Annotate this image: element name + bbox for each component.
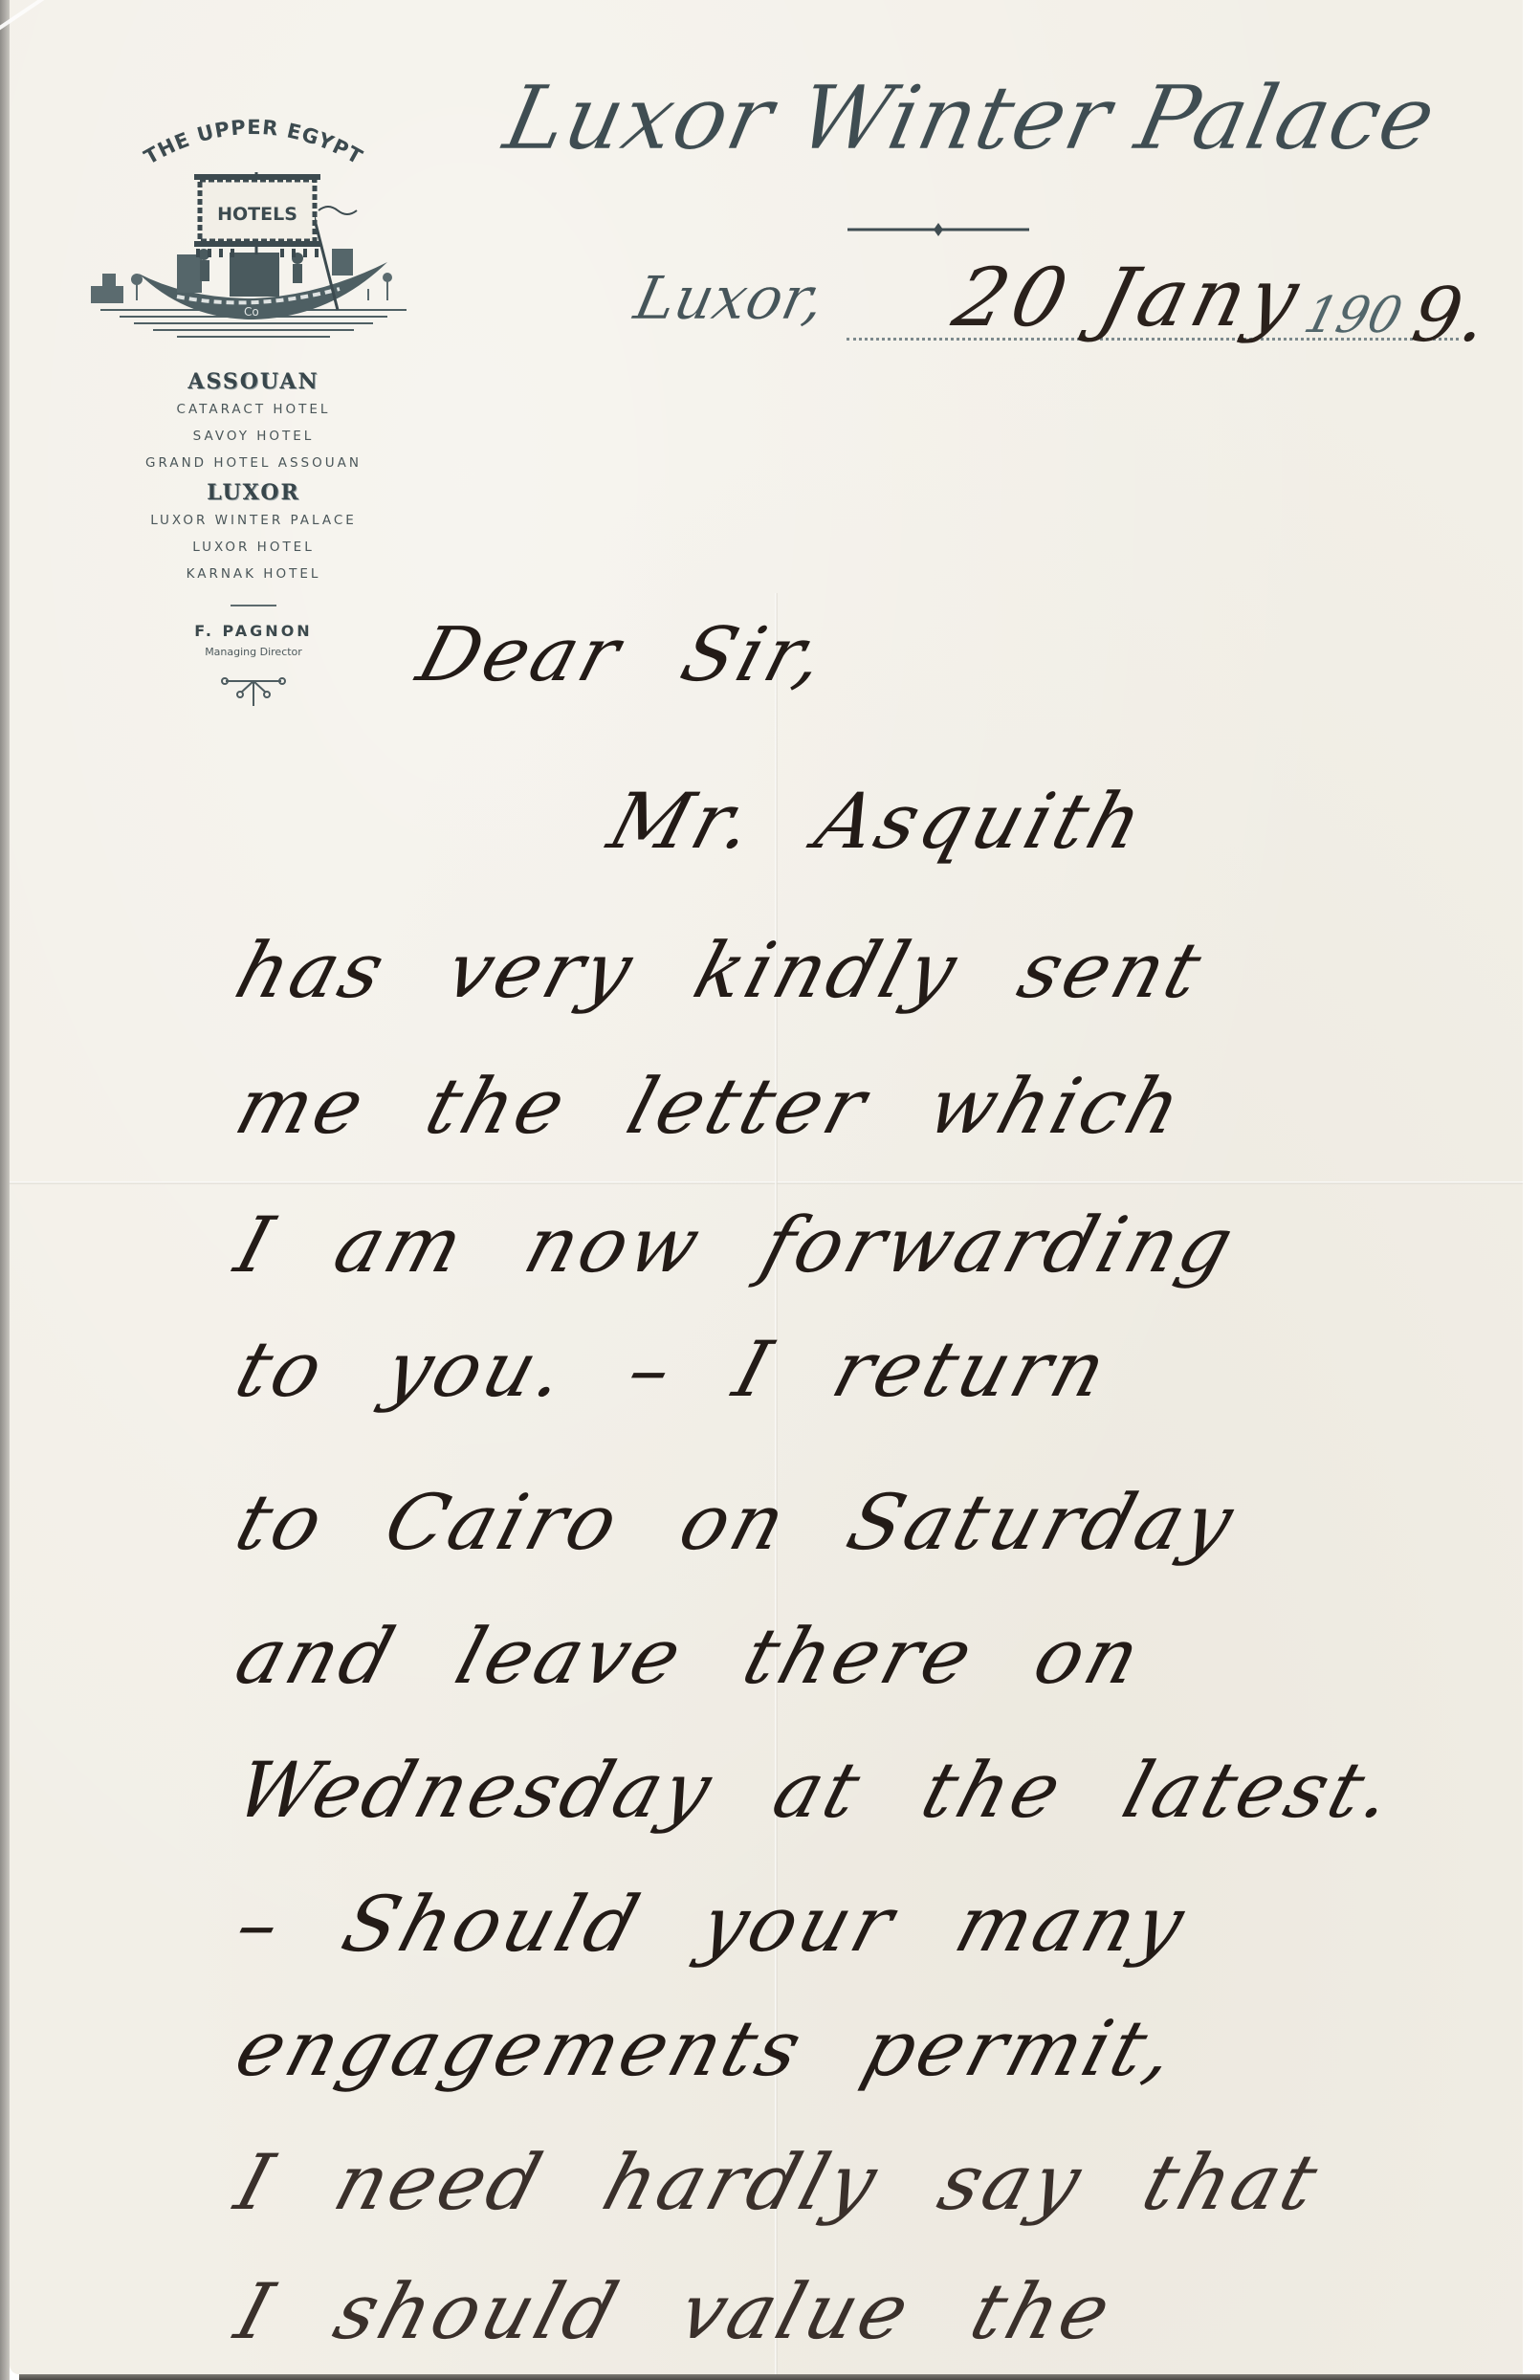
letter-line: to Cairo on Saturday xyxy=(227,1478,1246,1567)
year-printed: 190 xyxy=(1299,287,1408,344)
scan-left-edge xyxy=(0,0,10,2380)
letter-line: has very kindly sent xyxy=(227,926,1215,1015)
hotel-luxor-winter-palace: LUXOR WINTER PALACE xyxy=(77,513,430,528)
logo-sail-text: HOTELS xyxy=(217,204,297,225)
hotel-luxor: LUXOR HOTEL xyxy=(77,540,430,555)
letter-line: I am now forwarding xyxy=(227,1201,1246,1289)
place-label: Luxor, xyxy=(628,263,830,333)
hotel-savoy: SAVOY HOTEL xyxy=(77,429,430,444)
letter-line: and leave there on xyxy=(227,1612,1154,1701)
year-handwritten-digit: 9. xyxy=(1406,273,1492,359)
group-name: THE UPPER EGYPT xyxy=(141,116,367,169)
logo-hull-text: Co xyxy=(244,305,259,319)
paper-fold-horizontal xyxy=(10,1181,1523,1184)
flourish-ornament-icon xyxy=(220,673,287,706)
letter-line: me the letter which xyxy=(227,1062,1195,1151)
letterhead-hotel-list: THE UPPER EGYPT Co xyxy=(77,105,430,706)
director-name: F. PAGNON xyxy=(77,622,430,640)
title-ornament-icon xyxy=(847,222,1029,237)
letter-line: engagements permit, xyxy=(227,2004,1189,2093)
director-title: Managing Director xyxy=(77,646,430,658)
handwritten-date: 20 Jany xyxy=(945,251,1313,344)
letter-line: I should value the xyxy=(227,2267,1124,2356)
letter-line: – Should your many xyxy=(227,1880,1198,1969)
hotel-name-title: Luxor Winter Palace xyxy=(497,75,1377,163)
letter-salutation: Dear Sir, xyxy=(408,612,838,698)
group-name-arc: THE UPPER EGYPT xyxy=(110,105,397,172)
region-title-assouan: ASSOUAN xyxy=(77,369,430,394)
region-title-luxor: LUXOR xyxy=(77,480,430,505)
letter-line: Wednesday at the latest. xyxy=(227,1746,1407,1835)
svg-text:THE UPPER EGYPT: THE UPPER EGYPT xyxy=(141,116,367,169)
hotel-karnak: KARNAK HOTEL xyxy=(77,566,430,582)
divider-rule xyxy=(231,605,276,606)
letter-line: I need hardly say that xyxy=(227,2138,1331,2227)
letter-line: to you. – I return xyxy=(227,1325,1120,1414)
hotel-cataract: CATARACT HOTEL xyxy=(77,402,430,417)
letter-line: Mr. Asquith xyxy=(600,777,1156,866)
hotel-grand-assouan: GRAND HOTEL ASSOUAN xyxy=(77,455,430,471)
scan-bottom-edge xyxy=(19,2374,1540,2380)
boat-logo-icon: Co HOTELS xyxy=(81,166,426,348)
